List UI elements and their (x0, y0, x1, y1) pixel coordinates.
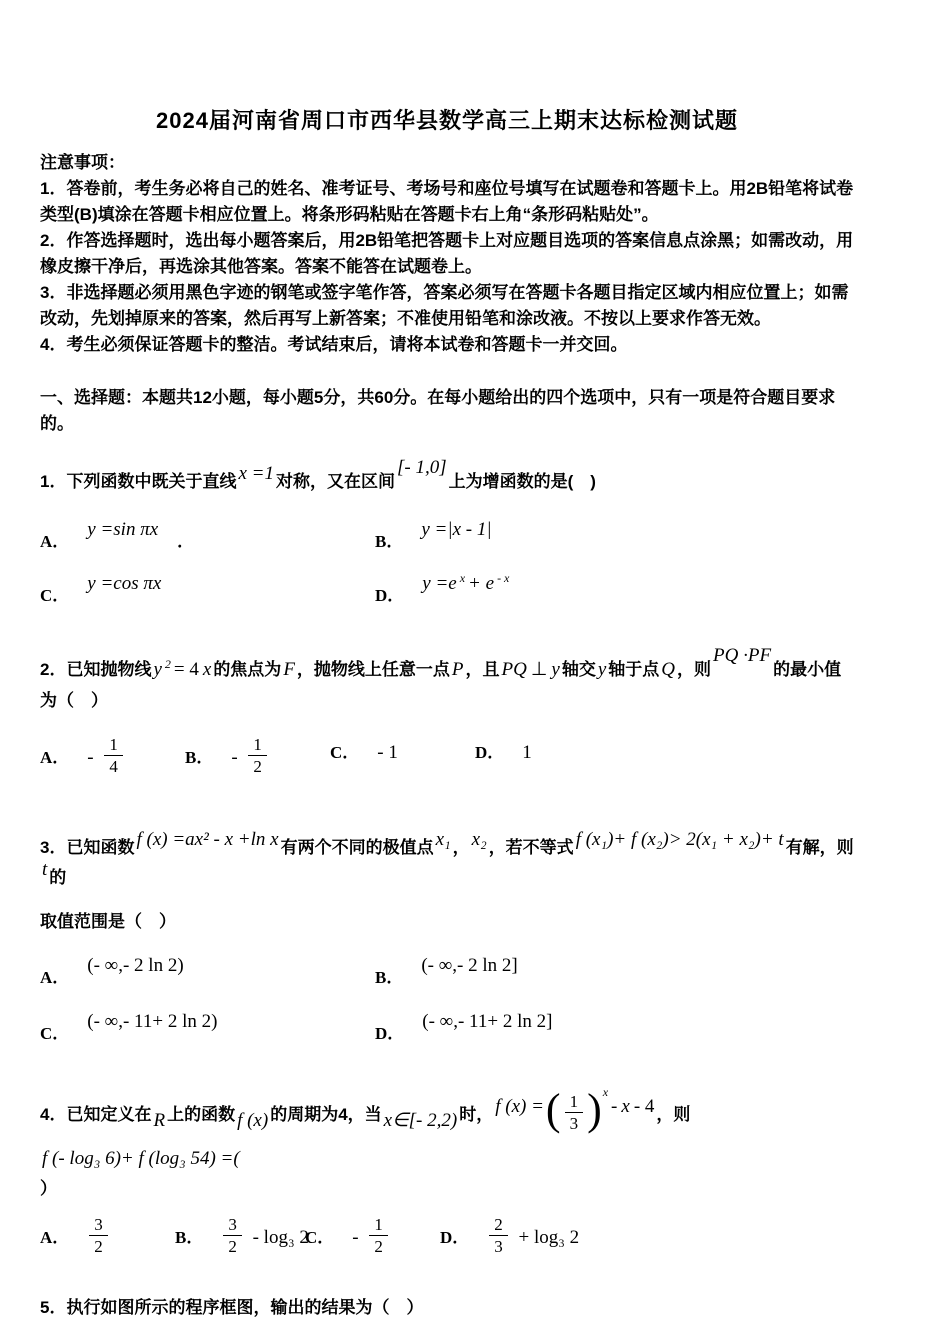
text-run: ． (160, 532, 194, 551)
fraction-denominator: 2 (94, 1236, 103, 1256)
option-formula: 32 (85, 1228, 112, 1247)
notes-heading: 注意事项： (40, 150, 854, 176)
fraction-numerator: 1 (565, 1092, 584, 1113)
page-content: 2024届河南省周口市西华县数学高三上期末达标检测试题 注意事项： 1．答卷前，… (0, 0, 882, 1323)
option-label-a: A． (40, 1228, 69, 1247)
math-run: [- 1,0] (397, 453, 447, 483)
option-formula: 23 + log₃ 2 (485, 1228, 581, 1247)
option-formula: 32 - log₃ 2 (219, 1228, 310, 1247)
fraction: 23 (489, 1215, 508, 1256)
q2-options-row: A．- 14 B．- 12 C．- 1 D．1 (40, 738, 854, 779)
math-run: + e (468, 573, 494, 595)
fraction-numerator: 1 (248, 735, 267, 756)
q1-option-c: C．y =cos πx (40, 581, 375, 607)
math-run: f (x₁)+ f (x₂)> 2(x₁ + x₂)+ t (576, 825, 784, 855)
math-run: t (42, 855, 47, 885)
text-run: 的焦点为 (213, 660, 281, 679)
text-run: 对称，又在区间 (276, 472, 395, 491)
option-label-c: C． (305, 1228, 334, 1247)
option-formula: y =ex + e- x (420, 586, 510, 605)
math-run: y =e (422, 573, 456, 595)
fraction-numerator: 1 (104, 735, 123, 756)
q3-option-c: C．(- ∞,- 11+ 2 ln 2) (40, 1019, 375, 1045)
math-run: = 4 (174, 659, 199, 680)
fraction-denominator: 3 (494, 1236, 503, 1256)
math-run: f (x) (237, 1104, 268, 1138)
text-run: 时， (459, 1105, 493, 1124)
option-label-d: D． (475, 743, 504, 762)
option-formula: (- ∞,- 2 ln 2] (419, 968, 519, 987)
math-run: (- ∞,- 2 ln 2) (87, 955, 183, 977)
option-label-d: D． (375, 586, 404, 605)
big-paren: ) (587, 1085, 602, 1134)
text-run: 轴于点 (608, 660, 659, 679)
question-4-stem-line2: ） (40, 1176, 854, 1202)
note-item-4: 4．考生必须保证答题卡的整洁。考试结束后，请将本试卷和答题卡一并交回。 (40, 332, 854, 358)
math-run: y (598, 659, 606, 680)
option-formula: y =|x - 1| (419, 532, 493, 551)
option-formula: y =sin πx ． (85, 532, 194, 551)
text-run: 有解，则 (786, 838, 854, 857)
math-run: - 1 (377, 742, 398, 763)
fraction-denominator: 2 (374, 1236, 383, 1256)
note-item-1: 1．答卷前，考生务必将自己的姓名、准考证号、考场号和座位号填写在试题卷和答题卡上… (40, 176, 854, 228)
option-label-a: A． (40, 748, 69, 767)
text-run: 的周期为4，当 (270, 1105, 381, 1124)
superscript: - x (497, 571, 509, 585)
text-run: 轴交 (562, 660, 596, 679)
option-formula: (- ∞,- 11+ 2 ln 2] (420, 1024, 554, 1043)
text-run: ， (453, 838, 470, 857)
math-run: F (283, 659, 295, 680)
q1-options-row-1: A．y =sin πx ． B．y =|x - 1| (40, 527, 854, 553)
text-run: ，若不等式 (489, 838, 574, 857)
superscript: x (603, 1085, 608, 1099)
math-run: PQ ·PF (713, 641, 771, 671)
q2-option-a: A．- 14 (40, 738, 185, 779)
math-run: (- ∞,- 11+ 2 ln 2] (422, 1011, 552, 1033)
fraction: 12 (369, 1215, 388, 1256)
note-item-3: 3．非选择题必须用黑色字迹的钢笔或签字笔作答，答案必须写在答题卡各题目指定区域内… (40, 280, 854, 332)
math-run: P (452, 659, 464, 680)
text-run: 4．已知定义在 (40, 1105, 151, 1124)
math-run: (- ∞,- 2 ln 2] (421, 955, 517, 977)
math-run: x∈[- 2,2) (384, 1104, 458, 1138)
text-run: ，且 (466, 660, 500, 679)
fraction-numerator: 3 (223, 1215, 242, 1236)
math-run: - (231, 747, 242, 768)
section-heading: 一、选择题：本题共12小题，每小题5分，共60分。在每小题给出的四个选项中，只有… (40, 385, 854, 437)
option-formula: (- ∞,- 2 ln 2) (85, 968, 185, 987)
option-label-d: D． (440, 1228, 469, 1247)
option-label-b: B． (375, 532, 403, 551)
q1-options-row-2: C．y =cos πx D．y =ex + e- x (40, 581, 854, 607)
text-run: 取值范围是（ ） (40, 912, 176, 931)
option-formula: (- ∞,- 11+ 2 ln 2) (85, 1024, 219, 1043)
text-run: ，则 (677, 660, 711, 679)
math-run: f (x) =ax² - x +ln x (136, 825, 278, 855)
question-5-stem: 5．执行如图所示的程序框图，输出的结果为（ ） (40, 1293, 854, 1323)
q2-option-c: C．- 1 (330, 738, 475, 779)
q2-option-d: D．1 (475, 738, 854, 779)
fraction: 14 (104, 735, 123, 776)
math-run: x (203, 659, 211, 680)
fraction: 32 (89, 1215, 108, 1256)
option-formula: - 12 (229, 748, 271, 767)
question-3-stem: 3．已知函数f (x) =ax² - x +ln x有两个不同的极值点x₁，x₂… (40, 821, 854, 893)
text-run: ，则 (656, 1105, 690, 1124)
math-run: x (621, 1090, 629, 1124)
text-run: 有两个不同的极值点 (281, 838, 434, 857)
question-1-stem: 1．下列函数中既关于直线x =1对称，又在区间[- 1,0]上为增函数的是( ) (40, 455, 854, 497)
fraction-denominator: 2 (228, 1236, 237, 1256)
option-formula: - 12 (350, 1228, 392, 1247)
math-run: R (153, 1104, 165, 1138)
superscript: 2 (165, 657, 171, 671)
fraction-numerator: 3 (89, 1215, 108, 1236)
q4-option-c: C．- 12 (305, 1218, 440, 1259)
math-run: - 4 (634, 1090, 655, 1124)
math-run: ⊥ (531, 659, 548, 680)
option-formula: - 14 (85, 748, 127, 767)
math-run: x₂ (472, 825, 487, 855)
page-title: 2024届河南省周口市西华县数学高三上期末达标检测试题 (40, 0, 854, 135)
math-run: PQ (502, 659, 527, 680)
option-label-c: C． (40, 586, 69, 605)
q4-option-d: D．23 + log₃ 2 (440, 1218, 854, 1259)
math-run: + log₃ 2 (514, 1227, 579, 1248)
option-label-d: D． (375, 1024, 404, 1043)
math-run: - (87, 747, 98, 768)
math-run: 1 (522, 742, 532, 763)
q4-options-row: A．32 B．32 - log₃ 2 C．- 12 D．23 + log₃ 2 (40, 1218, 854, 1259)
option-formula: y =cos πx (85, 586, 163, 605)
q3-options-row-1: A．(- ∞,- 2 ln 2) B．(- ∞,- 2 ln 2] (40, 963, 854, 989)
math-run: y =|x - 1| (421, 519, 491, 541)
q1-option-a: A．y =sin πx ． (40, 527, 375, 553)
text-run: 5．执行如图所示的程序框图，输出的结果为（ ） (40, 1298, 423, 1317)
option-label-b: B． (185, 748, 213, 767)
q1-option-b: B．y =|x - 1| (375, 527, 854, 553)
text-run: ，抛物线上任意一点 (297, 660, 450, 679)
option-label-b: B． (375, 968, 403, 987)
option-formula: - 1 (375, 743, 400, 762)
math-run: y =cos πx (87, 573, 161, 595)
exam-page: 2024届河南省周口市西华县数学高三上期末达标检测试题 注意事项： 1．答卷前，… (0, 0, 950, 1344)
option-label-c: C． (40, 1024, 69, 1043)
option-formula: 1 (520, 743, 534, 762)
superscript: x (460, 571, 465, 585)
text-run: 上为增函数的是( ) (449, 472, 596, 491)
fraction: 13 (565, 1092, 584, 1133)
fraction-numerator: 2 (489, 1215, 508, 1236)
option-label-c: C． (330, 743, 359, 762)
question-4-stem: 4．已知定义在R上的函数f (x)的周期为4，当x∈[- 2,2)时，f (x)… (40, 1071, 854, 1170)
q3-option-b: B．(- ∞,- 2 ln 2] (375, 963, 854, 989)
math-run: x =1 (238, 459, 274, 489)
note-item-2: 2．作答选择题时，选出每小题答案后，用2B铅笔把答题卡上对应题目选项的答案信息点… (40, 228, 854, 280)
fraction-denominator: 3 (570, 1113, 579, 1133)
option-label-a: A． (40, 532, 69, 551)
fraction-denominator: 4 (109, 756, 118, 776)
question-3-stem-line2: 取值范围是（ ） (40, 909, 854, 935)
q4-option-a: A．32 (40, 1218, 175, 1259)
text-run: 的 (49, 868, 66, 887)
fraction: 12 (248, 735, 267, 776)
text-run: 1．下列函数中既关于直线 (40, 472, 236, 491)
q3-option-d: D．(- ∞,- 11+ 2 ln 2] (375, 1019, 854, 1045)
q1-option-d: D．y =ex + e- x (375, 581, 854, 607)
math-run: - log₃ 2 (248, 1227, 309, 1248)
text-run: 2．已知抛物线 (40, 660, 151, 679)
q4-option-b: B．32 - log₃ 2 (175, 1218, 305, 1259)
q3-option-a: A．(- ∞,- 2 ln 2) (40, 963, 375, 989)
text-run: 上的函数 (167, 1105, 235, 1124)
q3-options-row-2: C．(- ∞,- 11+ 2 ln 2) D．(- ∞,- 11+ 2 ln 2… (40, 1019, 854, 1045)
math-run: - (611, 1090, 617, 1124)
question-2-stem: 2．已知抛物线y2= 4x的焦点为F，抛物线上任意一点P，且PQ⊥y轴交y轴于点… (40, 645, 854, 716)
option-label-a: A． (40, 968, 69, 987)
fraction-numerator: 1 (369, 1215, 388, 1236)
math-run: y =sin πx (87, 519, 158, 541)
math-run: f (x) = (495, 1090, 544, 1124)
math-run: y (153, 659, 161, 680)
q2-option-b: B．- 12 (185, 738, 330, 779)
math-run: - (352, 1227, 363, 1248)
math-run: x₁ (436, 825, 451, 855)
big-paren: ( (546, 1085, 561, 1134)
fraction-denominator: 2 (253, 756, 262, 776)
math-run: y (551, 659, 559, 680)
math-run: (- ∞,- 11+ 2 ln 2) (87, 1011, 217, 1033)
text-run: 3．已知函数 (40, 838, 134, 857)
option-label-b: B． (175, 1228, 203, 1247)
fraction: 32 (223, 1215, 242, 1256)
math-run: f (- log₃ 6)+ f (log₃ 54) =( (42, 1142, 240, 1176)
math-run: Q (661, 659, 675, 680)
text-run: ） (40, 1179, 57, 1198)
